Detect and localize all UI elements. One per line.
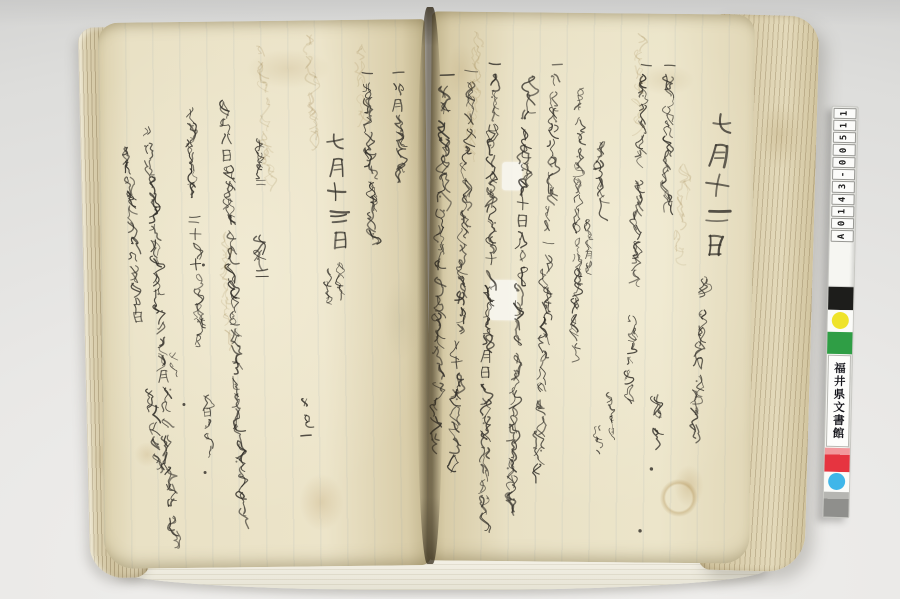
handwriting-column xyxy=(251,232,281,291)
ink-dot xyxy=(634,527,653,545)
photo-backdrop: 11500-3410A 福井県文書館 xyxy=(0,0,900,599)
book-gutter xyxy=(417,7,443,564)
handwriting-column xyxy=(168,352,186,379)
ink-showthrough xyxy=(629,33,661,140)
handwriting-column xyxy=(622,313,650,419)
code-cell: 0 xyxy=(833,144,856,156)
ink-showthrough xyxy=(671,163,703,270)
code-cell: 0 xyxy=(832,156,855,168)
ink-dot xyxy=(198,262,216,278)
code-cell: 1 xyxy=(833,107,856,119)
code-cell: 0 xyxy=(831,218,854,230)
code-cell: 5 xyxy=(833,132,856,144)
color-patch-yellow xyxy=(828,309,854,332)
handwriting-column xyxy=(686,276,724,448)
color-patch-green xyxy=(827,332,852,354)
color-patch-red xyxy=(824,448,850,472)
ruler-blank-segment xyxy=(829,242,855,287)
yellow-circle-icon xyxy=(832,312,849,329)
ink-showthrough xyxy=(216,231,249,355)
ink-showthrough xyxy=(301,34,338,156)
handwriting-column xyxy=(322,268,341,309)
handwriting-column xyxy=(297,395,328,455)
archive-scale-ruler: 11500-3410A 福井県文書館 xyxy=(822,106,858,519)
handwriting-column xyxy=(201,393,225,465)
date-heading-column xyxy=(698,111,756,280)
color-patch-cyan xyxy=(824,471,849,492)
ink-showthrough xyxy=(253,42,289,192)
handwriting-column xyxy=(648,393,678,452)
ink-showthrough xyxy=(351,43,382,134)
color-patch-black xyxy=(828,287,854,310)
handwriting-column xyxy=(593,425,612,466)
ink-dot xyxy=(647,466,666,484)
code-cell: 3 xyxy=(832,181,855,193)
handwriting-column xyxy=(145,386,178,478)
archive-name-text: 福井県文書館 xyxy=(832,362,845,440)
code-cell: 1 xyxy=(833,120,856,132)
handwriting-column xyxy=(182,106,219,357)
code-cell: - xyxy=(832,169,855,181)
right-page xyxy=(426,11,755,563)
ink-dot xyxy=(179,402,197,418)
code-cell: 4 xyxy=(831,193,854,205)
cyan-circle-icon xyxy=(828,473,845,490)
left-page xyxy=(98,19,432,569)
color-patch-gray xyxy=(823,492,849,517)
catalog-code: 11500-3410A xyxy=(830,107,858,243)
archive-name-label: 福井県文書館 xyxy=(826,355,851,447)
code-cell: A xyxy=(831,230,854,242)
ink-dot xyxy=(200,470,218,486)
code-cell: 1 xyxy=(831,206,854,218)
